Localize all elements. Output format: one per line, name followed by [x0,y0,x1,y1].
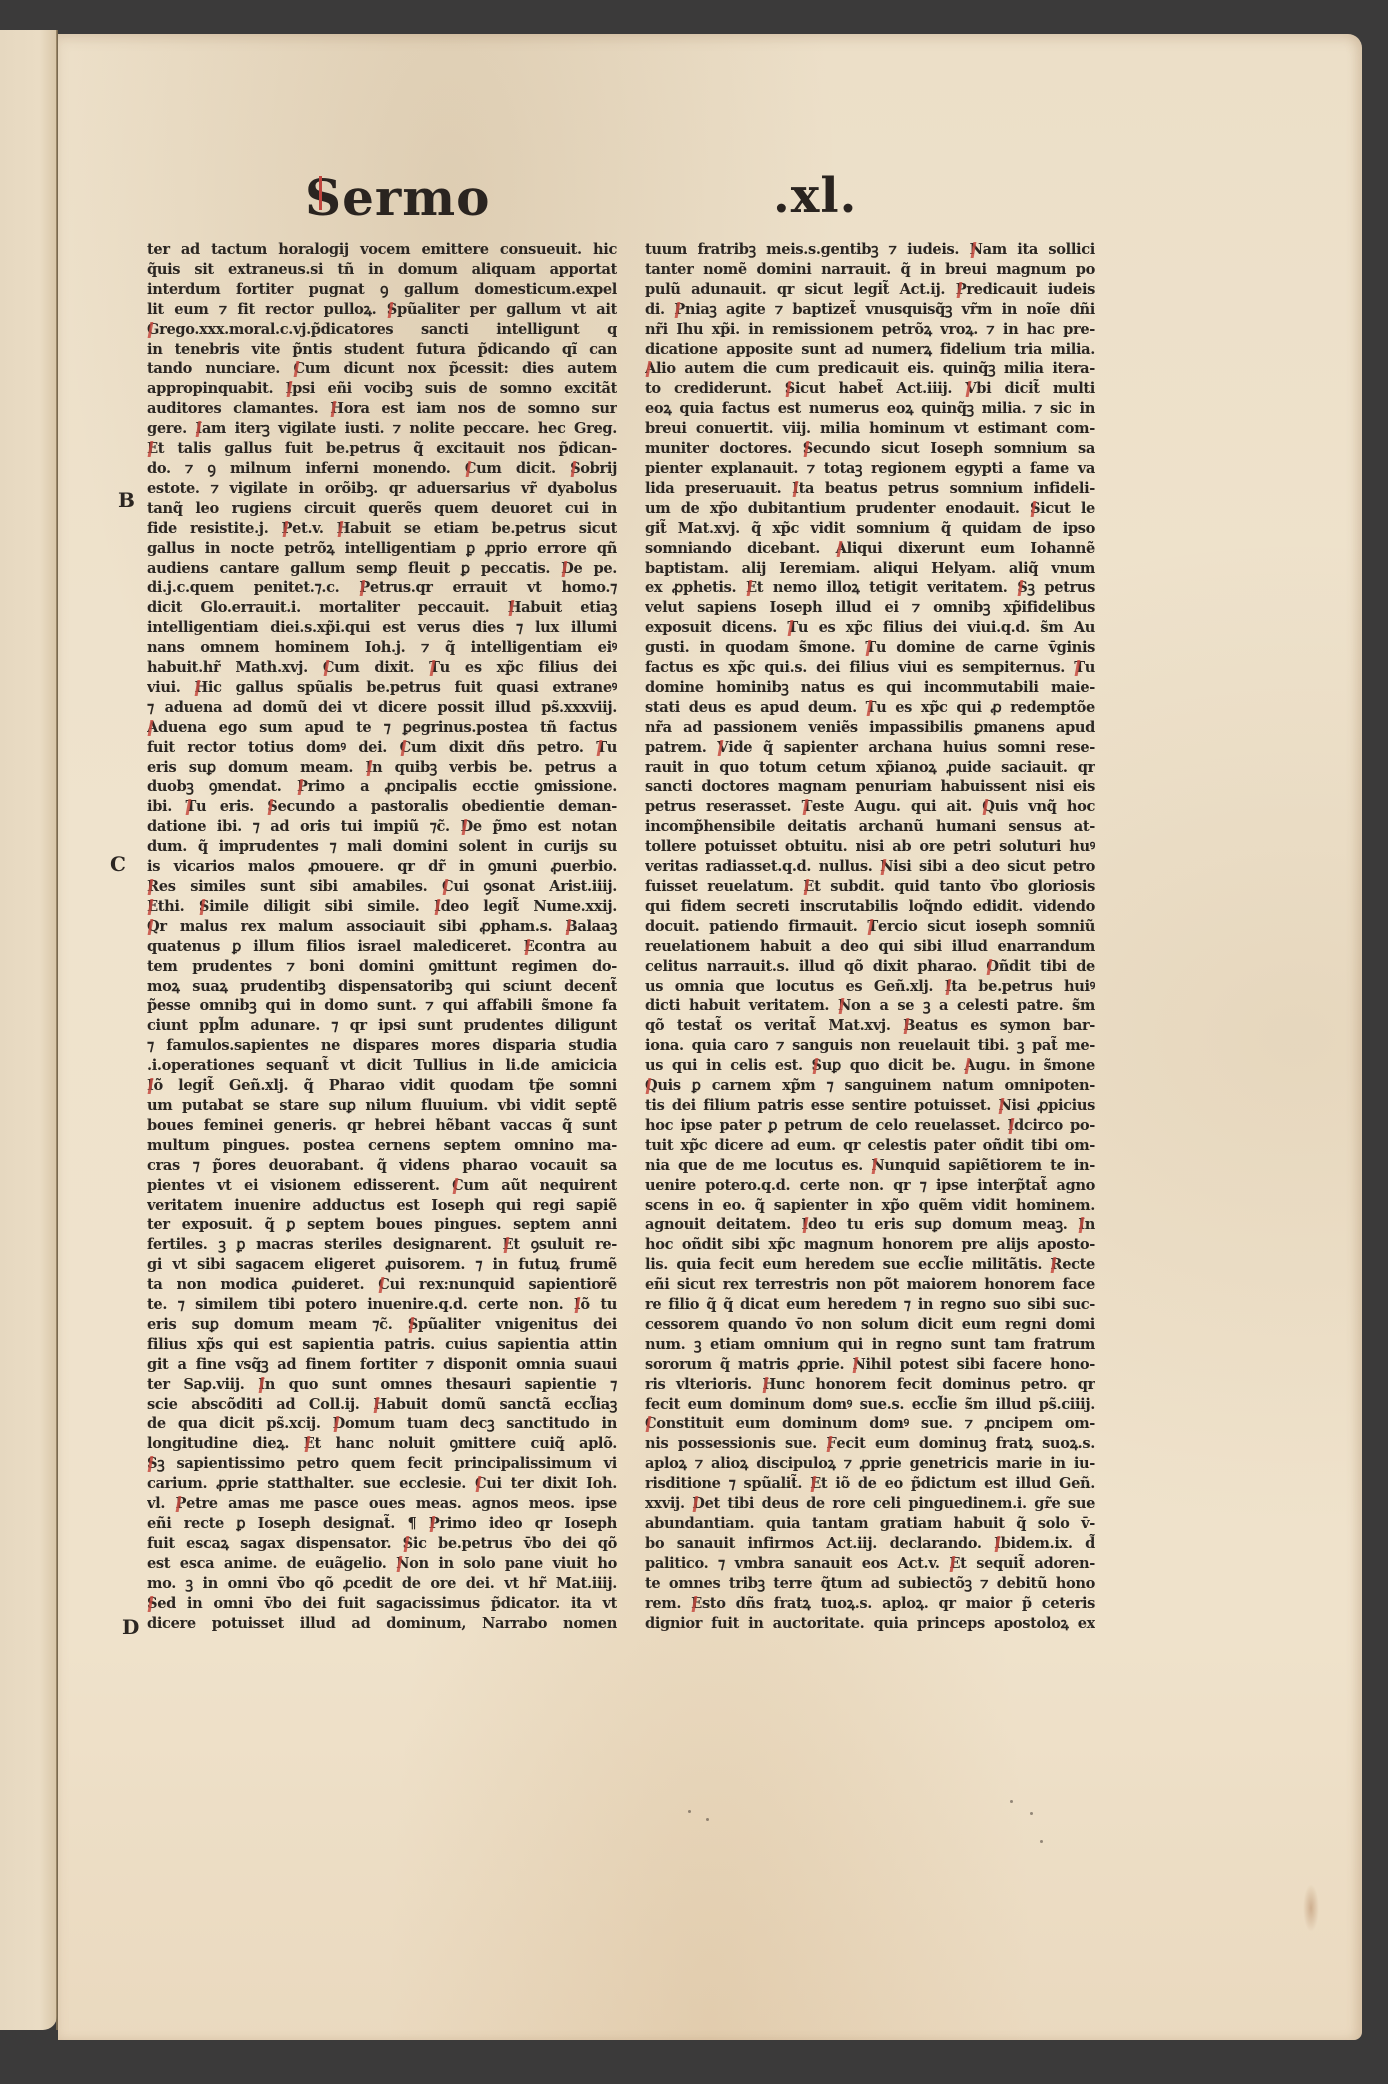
text-line: qõ testat̃ os veritat̃ Mat.xvj. Beatus e… [645,1016,1095,1036]
text-line: nis possessionis sue. Fecit eum dominuꝫ … [645,1434,1095,1454]
rubricated-capital: R [1050,1255,1062,1275]
text-line: velut sapiens Ioseph illud ei ⁊ omnibꝫ x… [645,598,1095,618]
rubricated-capital: I [366,758,372,778]
text-line: domine hominibꝫ natus es qui incommutabi… [645,678,1095,698]
text-line: dicti habuit veritatem. Non a se ꝫ a cel… [645,996,1095,1016]
rubricated-capital: C [452,1176,463,1196]
rubricated-capital: H [373,1395,386,1415]
text-line: di.j.c.quem penitet.⁊.c. Petrus.qr errau… [147,578,617,598]
text-line: Sed in omni v̄bo dei fuit sagacissimus p… [147,1594,617,1614]
ink-speck [1030,1812,1033,1815]
rubricated-capital: C [400,738,411,758]
text-line: tis dei filium patris esse sentire potui… [645,1096,1095,1116]
text-line: tuit xp̃c dicere ad eum. qr celestis pat… [645,1136,1095,1156]
rubricated-capital: D [333,1414,345,1434]
rubricated-capital: N [396,1554,409,1574]
text-line: carium. ꝓprie statthalter. sue ecclesie.… [147,1474,617,1494]
text-line: mo. ꝫ in omni v̄bo qõ ꝓcedit de ore dei.… [147,1574,617,1594]
rubricated-capital: T [867,917,878,937]
text-line: rauit in quo totum cetum xp̃ianoꝝ ꝓuide … [645,758,1095,778]
text-line: eris suꝑ domum meam. In quibꝫ verbis be.… [147,758,617,778]
rubricated-capital: S [570,459,580,479]
rubricated-capital: S [785,379,795,399]
rubricated-capital: C [323,658,334,678]
text-line: agnouit deitatem. Ideo tu eris suꝑ domum… [645,1215,1095,1235]
text-line: ter exposuit. q̃ ꝑ septem boues pingues.… [147,1215,617,1235]
text-line: Ethi. Simile diligit sibi simile. Ideo l… [147,897,617,917]
rubricated-capital: N [970,240,983,260]
rubricated-capital: S [267,797,277,817]
text-line: Aduena ego sum apud te ⁊ ꝑegrinus.postea… [147,718,617,738]
rubricated-capital: P [175,1494,186,1514]
rubricated-capital: A [645,359,656,379]
rubricated-capital: C [293,359,304,379]
text-line: num. ꝫ etiam omnium qui in regno sunt ta… [645,1335,1095,1355]
rubricated-capital: E [147,897,158,917]
text-line: git̃ Mat.xvj. q̃ xp̃c vidit somnium q̃ q… [645,519,1095,539]
text-column-left: ter ad tactum horalogij vocem emittere c… [147,240,617,1633]
text-line: te omnes tribꝫ terre q̃tum ad subiectõꝫ … [645,1574,1095,1594]
text-line: fecit eum dominum domꝰ sue.s. eccl̃ie s̃… [645,1395,1095,1415]
rubricated-capital: S [403,1534,413,1554]
rubricated-capital: I [1008,1116,1014,1136]
text-line: sancti doctores magnam penuriam habuisse… [645,777,1095,797]
text-line: tuum fratribꝫ meis.s.gentibꝫ ⁊ iudeis. N… [645,240,1095,260]
text-line: ciunt ppl̃m adunare. ⁊ qr ipsi sunt prud… [147,1016,617,1036]
rubricated-capital: H [762,1375,775,1395]
text-line: to crediderunt. Sicut habet̃ Act.iiij. V… [645,379,1095,399]
rubricated-capital: R [147,877,159,897]
rubricated-capital: I [434,897,440,917]
rubricated-capital: I [802,1215,808,1235]
rubricated-capital: B [565,917,577,937]
text-line: tollere potuisset obtuitu. nisi ab ore p… [645,837,1095,857]
text-line: ibi. Tu eris. Secundo a pastoralis obedi… [147,797,617,817]
rubricated-capital: T [1074,658,1085,678]
text-line: tando nunciare. Cum dicunt nox p̃cessit:… [147,359,617,379]
text-line: interdum fortiter pugnat ꝯ gallum domest… [147,280,617,300]
text-line: palitico. ⁊ vmbra sanauit eos Act.v. Et … [645,1554,1095,1574]
foxing-stain [1303,1884,1319,1932]
text-line: do. ⁊ ꝯ milnum inferni monendo. Cum dici… [147,459,617,479]
text-line: vl. Petre amas me pasce oues meas. agnos… [147,1494,617,1514]
text-line: lis. quia fecit eum heredem sue eccl̃ie … [645,1255,1095,1275]
text-line: is vicarios malos ꝓmouere. qr dr̃ in ꝯmu… [147,857,617,877]
text-line: de qua dicit ps̃.xcij. Domum tuam decꝫ s… [147,1414,617,1434]
text-line: tem prudentes ⁊ boni domini ꝯmittunt reg… [147,957,617,977]
rubricated-capital: S [812,1056,822,1076]
text-line: appropinquabit. Ipsi eñi vocibꝫ suis de … [147,379,617,399]
rubricated-capital: E [949,1554,960,1574]
text-line: multum pingues. postea cernens septem om… [147,1136,617,1156]
rubricated-capital: S [1030,499,1040,519]
text-line: ta non modica ꝓuideret. Cui rex:nunquid … [147,1275,617,1295]
text-line: lit eum ⁊ fit rector pulloꝝ. Spũaliter p… [147,300,617,320]
text-line: iona. quia caro ⁊ sanguis non reuelauit … [645,1036,1095,1056]
text-line: moꝝ suaꝝ prudentibꝫ dispensatoribꝫ qui s… [147,977,617,997]
rubricated-capital: T [596,738,607,758]
rubricated-capital: P [674,300,685,320]
running-head-sermo: Sermo [305,168,491,227]
text-line: hoc ipse pater ꝑ petrum de celo reuelass… [645,1116,1095,1136]
ink-speck [688,1810,691,1813]
rubricated-capital: C [645,1414,656,1434]
marginal-letter-d: D [122,1615,139,1639]
rubricated-capital: Q [982,797,994,817]
text-line: baptistam. alij Ieremiam. aliqui Helyam.… [645,559,1095,579]
text-line: tanter nomẽ domini narrauit. q̃ in breui… [645,260,1095,280]
text-line: ⁊ aduena ad domũ dei vt dicere possit il… [147,698,617,718]
text-line: q̃uis sit extraneus.si tñ in domum aliqu… [147,260,617,280]
text-line: gere. Iam iterꝫ vigilate iusti. ⁊ nolite… [147,419,617,439]
text-line: Qr malus rex malum associauit sibi ꝓpham… [147,917,617,937]
rubricated-capital: S [803,439,813,459]
rubricated-capital: P [297,777,308,797]
text-line: duobꝫ ꝯmendat. Primo a ꝓncipalis ecctie … [147,777,617,797]
text-line: estote. ⁊ vigilate in orõibꝫ. qr aduersa… [147,479,617,499]
rubricated-capital: G [147,320,159,340]
running-head-number: .xl. [773,168,857,224]
text-line: risditione ⁊ spũalit̃. Et iõ de eo p̃dic… [645,1474,1095,1494]
text-line: dicit Glo.errauit.i. mortaliter peccauit… [147,598,617,618]
text-line: hoc oñdit sibi xp̃c magnum honorem pre a… [645,1235,1095,1255]
rubricated-capital: C [378,1275,389,1295]
text-line: Iõ legit̃ Geñ.xlj. q̃ Pharao vidit quoda… [147,1076,617,1096]
text-line: intelligentiam diei.s.xp̃i.qui est verus… [147,618,617,638]
text-line: .i.operationes sequant̃ vt dicit Tullius… [147,1056,617,1076]
text-line: scie abscõditi ad Coll.ij. Habuit domũ s… [147,1395,617,1415]
text-line: nia que de me locutus es. Nunquid sapiẽt… [645,1156,1095,1176]
text-line: uenire potero.q.d. certe non. qr ⁊ ipse … [645,1176,1095,1196]
rubricated-capital: P [956,280,967,300]
rubricated-capital: I [258,1375,264,1395]
text-line: um putabat se stare suꝑ nilum fluuium. v… [147,1096,617,1116]
text-line: dum. q̃ imprudentes ⁊ mali domini solent… [147,837,617,857]
text-line: fuit escaꝝ sagax dispensator. Sic be.pet… [147,1534,617,1554]
text-line: Alio autem die cum predicauit eis. quinq… [645,359,1095,379]
rubricated-capital: H [330,399,343,419]
text-line: re filio q̃ q̃ dicat eum heredem ⁊ in re… [645,1295,1095,1315]
rubricated-capital: O [986,957,998,977]
text-line: eñi recte ꝑ Ioseph designat̃. ¶ Primo id… [147,1514,617,1534]
text-line: veritatem inuenire adductus est Ioseph q… [147,1196,617,1216]
rubricated-capital: E [304,1434,315,1454]
rubricated-capital: H [337,519,350,539]
text-line: est esca anime. de euãgelio. Non in solo… [147,1554,617,1574]
rubricated-capital: C [465,459,476,479]
rubricated-initial: Sermo [305,168,491,227]
rubricated-capital: V [717,738,728,758]
text-line: ter ad tactum horalogij vocem emittere c… [147,240,617,260]
rubricated-capital: A [147,718,158,738]
rubricated-capital: N [880,857,893,877]
text-line: us qui in celis est. Suꝑ quo dicit be. A… [645,1056,1095,1076]
rubricated-capital: T [429,658,440,678]
rubricated-capital: F [826,1434,836,1454]
text-line: p̃esse omnibꝫ qui in domo sunt. ⁊ qui af… [147,996,617,1016]
text-line: cessorem quando v̄o non solum dicit eum … [645,1315,1095,1335]
ink-speck [1010,1800,1013,1803]
text-line: Sꝫ sapientissimo petro quem fecit princi… [147,1454,617,1474]
text-line: fide resistite.j. Pet.v. Habuit se etiam… [147,519,617,539]
text-line: pientes vt ei visionem edisserent. Cum a… [147,1176,617,1196]
rubricated-capital: I [147,1076,153,1096]
rubricated-capital: H [508,598,521,618]
text-line: veritas radiasset.q.d. nullus. Nisi sibi… [645,857,1095,877]
text-line: ⁊ famulos.sapientes ne dispares mores di… [147,1036,617,1056]
text-line: um de xp̃o dubitantium prudenter enodaui… [645,499,1095,519]
text-line: auditores clamantes. Hora est iam nos de… [147,399,617,419]
text-line: xxvij. Det tibi deus de rore celi pingue… [645,1494,1095,1514]
rubricated-capital: N [871,1156,884,1176]
text-line: bo sanauit infirmos Act.iij. declarando.… [645,1534,1095,1554]
text-line: ex ꝓphetis. Et nemo illoꝝ tetigit verita… [645,578,1095,598]
rubricated-capital: N [998,1096,1011,1116]
rubricated-capital: S [387,300,397,320]
rubricated-capital: N [852,1355,865,1375]
text-line: breui conuertit. viij. milia hominum vt … [645,419,1095,439]
text-line: abundantiam. quia tantam gratiam habuit … [645,1514,1095,1534]
text-line: viui. Hic gallus spũalis be.petrus fuit … [147,678,617,698]
text-line: nr̃a ad passionem veniẽs impassibilis ꝑm… [645,718,1095,738]
rubricated-capital: H [194,678,207,698]
text-line: fuit rector totius domꝰ dei. Cum dixit d… [147,738,617,758]
rubricated-capital: I [945,977,951,997]
rubricated-capital: E [147,439,158,459]
rubricated-capital: Q [147,917,159,937]
text-line: eñi sicut rex terrestris non põt maiorem… [645,1275,1095,1295]
text-line: celitus narrauit.s. illud qõ dixit phara… [645,957,1095,977]
marginal-letter-c: C [110,852,126,876]
rubricated-capital: I [994,1534,1000,1554]
rubricated-capital: D [561,559,573,579]
text-line: lida preseruauit. Ita beatus petrus somn… [645,479,1095,499]
text-line: tanq̃ leo rugiens circuit querẽs quem de… [147,499,617,519]
text-line: habuit.hr̃ Math.xvj. Cum dixit. Tu es xp… [147,658,617,678]
text-line: dicatione apposite sunt ad numerꝝ fideli… [645,340,1095,360]
text-line: eris suꝑ domum meam ⁊c̃. Spũaliter vnige… [147,1315,617,1335]
rubricated-capital: S [147,1594,157,1614]
rubricated-capital: S [408,1315,418,1335]
text-line: Res similes sunt sibi amabiles. Cui ꝯson… [147,877,617,897]
text-line: Grego.xxx.moral.c.vj.p̃dicatores sancti … [147,320,617,340]
text-line: in tenebris vite p̃ntis student futura p… [147,340,617,360]
rubricated-capital: I [1078,1215,1084,1235]
rubricated-capital: T [865,638,876,658]
text-line: gusti. in quodam s̃mone. Tu domine de ca… [645,638,1095,658]
rubricated-capital: S [199,897,209,917]
text-line: fertiles. ꝫ ꝑ macras steriles designaren… [147,1235,617,1255]
text-line: patrem. Vide q̃ sapienter archana huius … [645,738,1095,758]
rubricated-capital: E [810,1474,821,1494]
rubricated-capital: I [286,379,292,399]
rubricated-capital: V [965,379,976,399]
rubricated-capital: S [1017,578,1027,598]
text-line: di. Pniaꝫ agite ⁊ baptizet̃ vnusquisq̃ꝫ … [645,300,1095,320]
rubricated-capital: E [691,1594,702,1614]
rubricated-capital: P [429,1514,440,1534]
text-line: Constituit eum dominum domꝰ sue. ⁊ ꝓncip… [645,1414,1095,1434]
text-line: gi vt sibi sagacem eligeret ꝓuisorem. ⁊ … [147,1255,617,1275]
text-line: ris vlterioris. Hunc honorem fecit domin… [645,1375,1095,1395]
text-line: pienter explanauit. ⁊ totaꝫ regionem egy… [645,459,1095,479]
text-line: audiens cantare gallum semꝑ fleuit ꝑ pec… [147,559,617,579]
text-line: Et talis gallus fuit be.petrus q̃ excita… [147,439,617,459]
adjacent-page-edge [0,30,57,2030]
text-line: filius xp̃s qui est sapientia patris. cu… [147,1335,617,1355]
rubricated-capital: E [803,877,814,897]
text-line: petrus reserasset. Teste Augu. qui ait. … [645,797,1095,817]
text-line: dignior fuit in auctoritate. quia prince… [645,1614,1095,1634]
rubricated-capital: S [147,1454,157,1474]
marginal-letter-b: B [118,488,135,512]
text-line: boues feminei generis. qr hebrei hẽbant … [147,1116,617,1136]
text-line: qui fidem secreti inscrutabilis loq̃ndo … [645,897,1095,917]
text-line: nans omnem hominem Ioh.j. ⁊ q̃ intellige… [147,638,617,658]
rubricated-capital: P [359,578,370,598]
rubricated-capital: D [461,817,473,837]
rubricated-capital: T [866,698,877,718]
rubricated-capital: T [185,797,196,817]
rubricated-capital: A [964,1056,975,1076]
rubricated-capital: I [574,1295,580,1315]
rubricated-capital: A [836,539,847,559]
rubricated-capital: P [282,519,293,539]
text-line: nr̃i Ihu xp̃i. in remissionem petrõꝝ vro… [645,320,1095,340]
rubricated-capital: C [442,877,453,897]
rubricated-capital: I [195,419,201,439]
rubricated-capital: D [692,1494,704,1514]
rubricated-capital: T [802,797,813,817]
text-line: us omnia que locutus es Geñ.xlj. Ita be.… [645,977,1095,997]
text-line: stati deus es apud deum. Tu es xp̃c qui … [645,698,1095,718]
rubricated-capital: E [524,937,535,957]
rubricated-capital: E [746,578,757,598]
text-line: docuit. patiendo firmauit. Tercio sicut … [645,917,1095,937]
text-line: pulũ adunauit. qr sicut legit̃ Act.ij. P… [645,280,1095,300]
text-line: git a fine vsq̃ꝫ ad finem fortiter ⁊ dis… [147,1355,617,1375]
text-line: exposuit dicens. Tu es xp̃c filius dei v… [645,618,1095,638]
rubricated-capital: T [787,618,798,638]
text-column-right: tuum fratribꝫ meis.s.gentibꝫ ⁊ iudeis. N… [645,240,1095,1633]
text-line: sororum q̃ matris ꝓprie. Nihil potest si… [645,1355,1095,1375]
text-line: datione ibi. ⁊ ad oris tui impiũ ⁊c̃. De… [147,817,617,837]
text-line: somniando dicebant. Aliqui dixerunt eum … [645,539,1095,559]
text-line: cras ⁊ p̃ores deuorabant. q̃ videns phar… [147,1156,617,1176]
ink-speck [1040,1840,1043,1843]
text-line: gallus in nocte petrõꝝ intelligentiam ꝑ … [147,539,617,559]
text-line: aploꝝ ⁊ alioꝝ discipuloꝝ ⁊ ꝓprie genetri… [645,1454,1095,1474]
rubricated-capital: C [475,1474,486,1494]
text-line: fuisset reuelatum. Et subdit. quid tanto… [645,877,1095,897]
text-line: muniter doctores. Secundo sicut Ioseph s… [645,439,1095,459]
text-line: Quis ꝑ carnem xp̃m ⁊ sanguinem natum omn… [645,1076,1095,1096]
text-line: dicere potuisset illud ad dominum, Narra… [147,1614,617,1634]
text-line: reuelationem habuit a deo qui sibi illud… [645,937,1095,957]
rubricated-capital: I [792,479,798,499]
text-line: ter Saꝑ.viij. In quo sunt omnes thesauri… [147,1375,617,1395]
text-line: quatenus ꝑ illum filios israel maledicer… [147,937,617,957]
text-line: te. ⁊ similem tibi potero inuenire.q.d. … [147,1295,617,1315]
text-line: scens in eo. q̃ sapienter in xp̃o quẽm v… [645,1196,1095,1216]
ink-speck [706,1818,709,1821]
rubricated-capital: Q [645,1076,657,1096]
rubricated-capital: E [503,1235,514,1255]
text-line: factus es xp̃c qui.s. dei filius viui es… [645,658,1095,678]
text-line: incomp̃hensibile deitatis archanũ humani… [645,817,1095,837]
text-line: rem. Esto dñs fratꝝ tuoꝝ.s. aploꝝ. qr ma… [645,1594,1095,1614]
rubricated-capital: N [838,996,851,1016]
text-line: eoꝝ quia factus est numerus eoꝝ quinq̃ꝫ … [645,399,1095,419]
text-line: longitudine dieꝝ. Et hanc noluit ꝯmitter… [147,1434,617,1454]
rubricated-capital: B [903,1016,915,1036]
